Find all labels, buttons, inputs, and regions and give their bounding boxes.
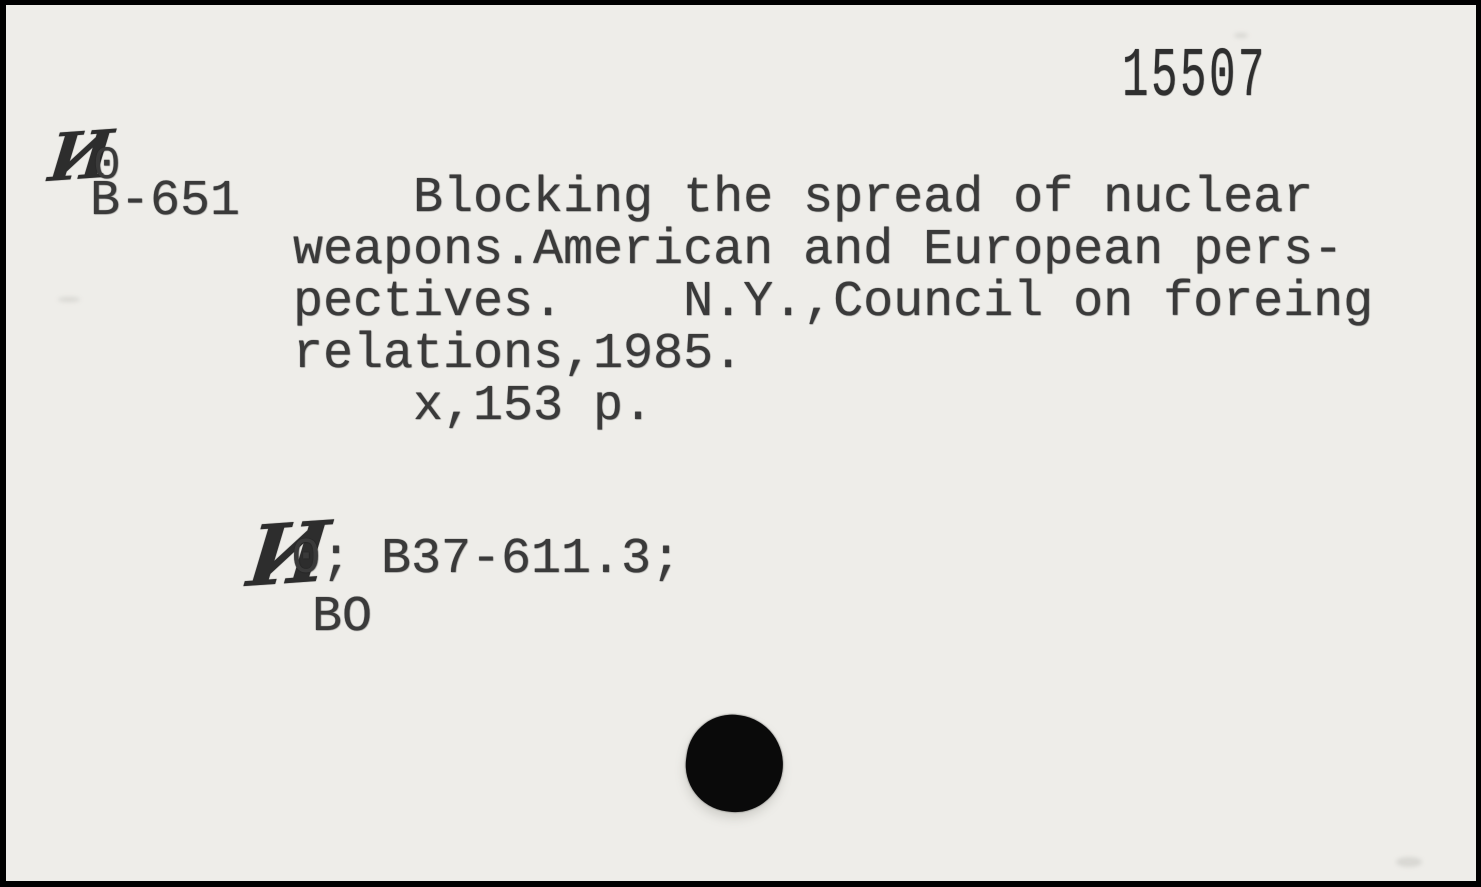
catalog-card: 15507 И 0 B-651 Blocking the spread of n… [6, 5, 1476, 881]
paper-smudge [1396, 857, 1422, 867]
punch-hole-mark [680, 709, 790, 819]
classification-line1: 0; B37-611.3; [291, 535, 681, 585]
paper-smudge [58, 297, 80, 302]
bibliographic-entry: Blocking the spread of nuclear weapons.A… [293, 173, 1373, 433]
accession-number: 15507 [1122, 43, 1267, 113]
call-number-code: B-651 [90, 177, 240, 227]
classification-line2: BO [312, 593, 372, 643]
scanned-catalog-card-page: { "card": { "accession_number": "15507",… [0, 0, 1481, 887]
paper-smudge [1234, 33, 1248, 38]
